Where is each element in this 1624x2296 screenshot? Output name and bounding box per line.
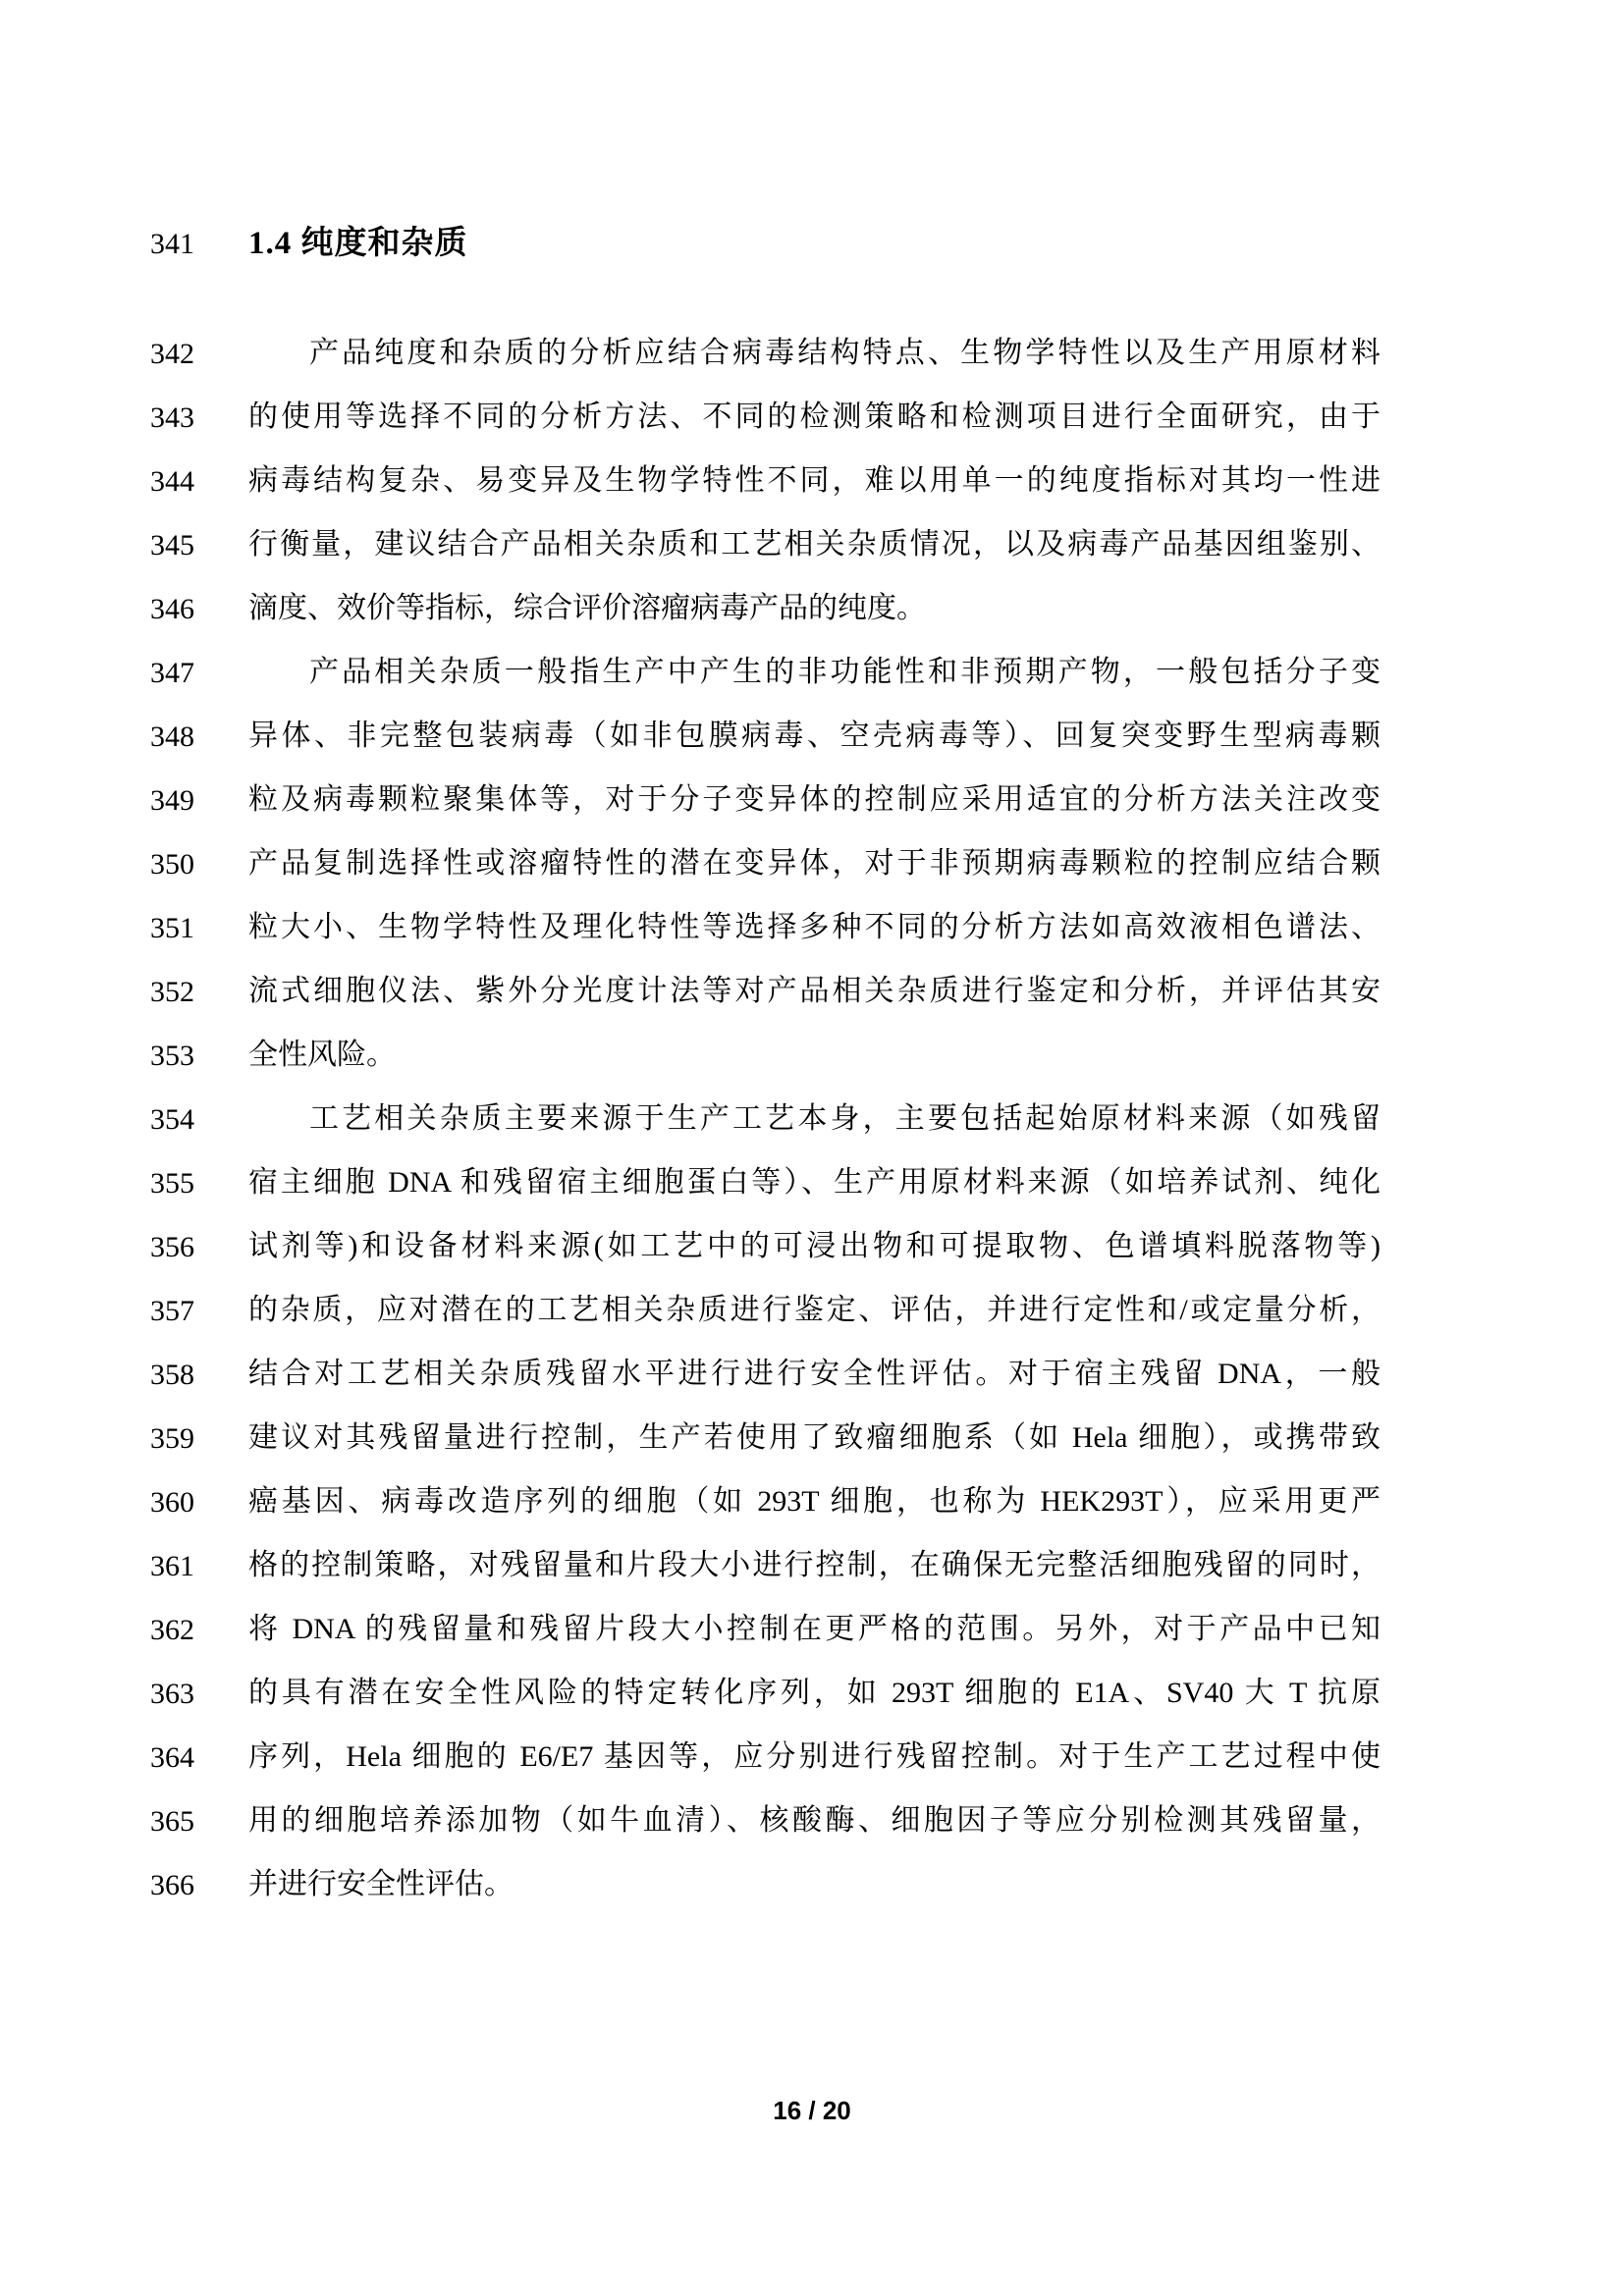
line-number: 345 bbox=[150, 531, 248, 561]
line-number: 356 bbox=[150, 1233, 248, 1262]
document-line: 350 产品复制选择性或溶瘤特性的潜在变异体，对于非预期病毒颗粒的控制应结合颗 bbox=[0, 832, 1624, 896]
line-number: 360 bbox=[150, 1488, 248, 1518]
document-line: 364 序列，Hela 细胞的 E6/E7 基因等，应分别进行残留控制。对于生产… bbox=[0, 1726, 1624, 1789]
line-number: 365 bbox=[150, 1807, 248, 1837]
line-number: 350 bbox=[150, 850, 248, 880]
line-text: 结合对工艺相关杂质残留水平进行进行安全性评估。对于宿主残留 DNA，一般 bbox=[248, 1358, 1380, 1392]
line-text: 宿主细胞 DNA 和残留宿主细胞蛋白等）、生产用原材料来源（如培养试剂、纯化 bbox=[248, 1166, 1380, 1201]
line-number: 348 bbox=[150, 722, 248, 752]
line-number: 349 bbox=[150, 786, 248, 816]
document-line: 366 并进行安全性评估。 bbox=[0, 1853, 1624, 1917]
line-text: 异体、非完整包装病毒（如非包膜病毒、空壳病毒等）、回复突变野生型病毒颗 bbox=[248, 720, 1380, 754]
section-heading-row: 341 1.4 纯度和杂质 bbox=[0, 212, 1624, 276]
line-text: 试剂等)和设备材料来源(如工艺中的可浸出物和可提取物、色谱填料脱落物等) bbox=[248, 1230, 1380, 1264]
line-number: 351 bbox=[150, 914, 248, 943]
line-text: 全性风险。 bbox=[248, 1039, 1380, 1073]
line-text: 产品相关杂质一般指生产中产生的非功能性和非预期产物，一般包括分子变 bbox=[248, 656, 1380, 690]
line-number: 341 bbox=[150, 230, 248, 259]
line-text: 的使用等选择不同的分析方法、不同的检测策略和检测项目进行全面研究，由于 bbox=[248, 400, 1380, 435]
line-number: 357 bbox=[150, 1297, 248, 1326]
line-number: 363 bbox=[150, 1680, 248, 1709]
document-line: 359 建议对其残留量进行控制，生产若使用了致瘤细胞系（如 Hela 细胞），或… bbox=[0, 1407, 1624, 1470]
line-text: 序列，Hela 细胞的 E6/E7 基因等，应分别进行残留控制。对于生产工艺过程… bbox=[248, 1740, 1380, 1775]
document-line: 345 行衡量，建议结合产品相关杂质和工艺相关杂质情况，以及病毒产品基因组鉴别、 bbox=[0, 513, 1624, 577]
line-text: 并进行安全性评估。 bbox=[248, 1868, 1380, 1902]
line-number: 343 bbox=[150, 403, 248, 433]
document-line: 357 的杂质，应对潜在的工艺相关杂质进行鉴定、评估，并进行定性和/或定量分析， bbox=[0, 1279, 1624, 1343]
line-number: 358 bbox=[150, 1361, 248, 1390]
line-text: 产品复制选择性或溶瘤特性的潜在变异体，对于非预期病毒颗粒的控制应结合颗 bbox=[248, 847, 1380, 881]
page-number: 16 / 20 bbox=[0, 2093, 1624, 2128]
line-text: 将 DNA 的残留量和残留片段大小控制在更严格的范围。另外，对于产品中已知 bbox=[248, 1613, 1380, 1647]
document-body: 341 1.4 纯度和杂质 342 产品纯度和杂质的分析应结合病毒结构特点、生物… bbox=[0, 212, 1624, 1917]
line-number: 347 bbox=[150, 659, 248, 688]
document-line: 353 全性风险。 bbox=[0, 1024, 1624, 1088]
line-number: 353 bbox=[150, 1041, 248, 1071]
line-number: 344 bbox=[150, 467, 248, 497]
line-text: 粒及病毒颗粒聚集体等，对于分子变异体的控制应采用适宜的分析方法关注改变 bbox=[248, 783, 1380, 818]
line-text: 的杂质，应对潜在的工艺相关杂质进行鉴定、评估，并进行定性和/或定量分析， bbox=[248, 1294, 1380, 1328]
document-line: 344 病毒结构复杂、易变异及生物学特性不同，难以用单一的纯度指标对其均一性进 bbox=[0, 450, 1624, 513]
document-line: 351 粒大小、生物学特性及理化特性等选择多种不同的分析方法如高效液相色谱法、 bbox=[0, 896, 1624, 960]
line-number: 359 bbox=[150, 1424, 248, 1454]
paragraph-lines: 342 产品纯度和杂质的分析应结合病毒结构特点、生物学特性以及生产用原材料 34… bbox=[0, 322, 1624, 1917]
line-text: 病毒结构复杂、易变异及生物学特性不同，难以用单一的纯度指标对其均一性进 bbox=[248, 464, 1380, 499]
line-number: 352 bbox=[150, 978, 248, 1007]
line-number: 361 bbox=[150, 1552, 248, 1581]
line-number: 342 bbox=[150, 340, 248, 369]
line-text: 的具有潜在安全性风险的特定转化序列，如 293T 细胞的 E1A、SV40 大 … bbox=[248, 1677, 1380, 1711]
document-line: 365 用的细胞培养添加物（如牛血清）、核酸酶、细胞因子等应分别检测其残留量， bbox=[0, 1789, 1624, 1853]
line-text: 用的细胞培养添加物（如牛血清）、核酸酶、细胞因子等应分别检测其残留量， bbox=[248, 1804, 1380, 1839]
line-text: 粒大小、生物学特性及理化特性等选择多种不同的分析方法如高效液相色谱法、 bbox=[248, 911, 1380, 945]
document-line: 354 工艺相关杂质主要来源于生产工艺本身，主要包括起始原材料来源（如残留 bbox=[0, 1088, 1624, 1151]
document-line: 361 格的控制策略，对残留量和片段大小进行控制，在确保无完整活细胞残留的同时， bbox=[0, 1534, 1624, 1598]
document-line: 356 试剂等)和设备材料来源(如工艺中的可浸出物和可提取物、色谱填料脱落物等) bbox=[0, 1215, 1624, 1279]
line-text: 流式细胞仪法、紫外分光度计法等对产品相关杂质进行鉴定和分析，并评估其安 bbox=[248, 975, 1380, 1009]
line-text: 癌基因、病毒改造序列的细胞（如 293T 细胞，也称为 HEK293T），应采用… bbox=[248, 1485, 1380, 1520]
line-text: 行衡量，建议结合产品相关杂质和工艺相关杂质情况，以及病毒产品基因组鉴别、 bbox=[248, 528, 1380, 562]
line-number: 354 bbox=[150, 1105, 248, 1135]
document-page: 341 1.4 纯度和杂质 342 产品纯度和杂质的分析应结合病毒结构特点、生物… bbox=[0, 0, 1624, 2296]
document-line: 343 的使用等选择不同的分析方法、不同的检测策略和检测项目进行全面研究，由于 bbox=[0, 386, 1624, 450]
line-number: 346 bbox=[150, 595, 248, 624]
document-line: 349 粒及病毒颗粒聚集体等，对于分子变异体的控制应采用适宜的分析方法关注改变 bbox=[0, 769, 1624, 832]
document-line: 362 将 DNA 的残留量和残留片段大小控制在更严格的范围。另外，对于产品中已… bbox=[0, 1598, 1624, 1662]
line-text: 滴度、效价等指标，综合评价溶瘤病毒产品的纯度。 bbox=[248, 592, 1380, 626]
line-number: 362 bbox=[150, 1616, 248, 1645]
document-line: 346 滴度、效价等指标，综合评价溶瘤病毒产品的纯度。 bbox=[0, 577, 1624, 641]
document-line: 348 异体、非完整包装病毒（如非包膜病毒、空壳病毒等）、回复突变野生型病毒颗 bbox=[0, 705, 1624, 769]
document-line: 358 结合对工艺相关杂质残留水平进行进行安全性评估。对于宿主残留 DNA，一般 bbox=[0, 1343, 1624, 1407]
document-line: 347 产品相关杂质一般指生产中产生的非功能性和非预期产物，一般包括分子变 bbox=[0, 641, 1624, 705]
document-line: 342 产品纯度和杂质的分析应结合病毒结构特点、生物学特性以及生产用原材料 bbox=[0, 322, 1624, 386]
document-line: 360 癌基因、病毒改造序列的细胞（如 293T 细胞，也称为 HEK293T）… bbox=[0, 1470, 1624, 1534]
line-number: 364 bbox=[150, 1743, 248, 1773]
section-heading: 1.4 纯度和杂质 bbox=[248, 228, 1380, 260]
document-line: 352 流式细胞仪法、紫外分光度计法等对产品相关杂质进行鉴定和分析，并评估其安 bbox=[0, 960, 1624, 1024]
line-number: 355 bbox=[150, 1169, 248, 1199]
line-text: 格的控制策略，对残留量和片段大小进行控制，在确保无完整活细胞残留的同时， bbox=[248, 1549, 1380, 1583]
document-line: 355 宿主细胞 DNA 和残留宿主细胞蛋白等）、生产用原材料来源（如培养试剂、… bbox=[0, 1151, 1624, 1215]
line-text: 产品纯度和杂质的分析应结合病毒结构特点、生物学特性以及生产用原材料 bbox=[248, 337, 1380, 371]
line-number: 366 bbox=[150, 1871, 248, 1900]
line-text: 工艺相关杂质主要来源于生产工艺本身，主要包括起始原材料来源（如残留 bbox=[248, 1102, 1380, 1137]
document-line: 363 的具有潜在安全性风险的特定转化序列，如 293T 细胞的 E1A、SV4… bbox=[0, 1662, 1624, 1726]
line-text: 建议对其残留量进行控制，生产若使用了致瘤细胞系（如 Hela 细胞），或携带致 bbox=[248, 1421, 1380, 1456]
